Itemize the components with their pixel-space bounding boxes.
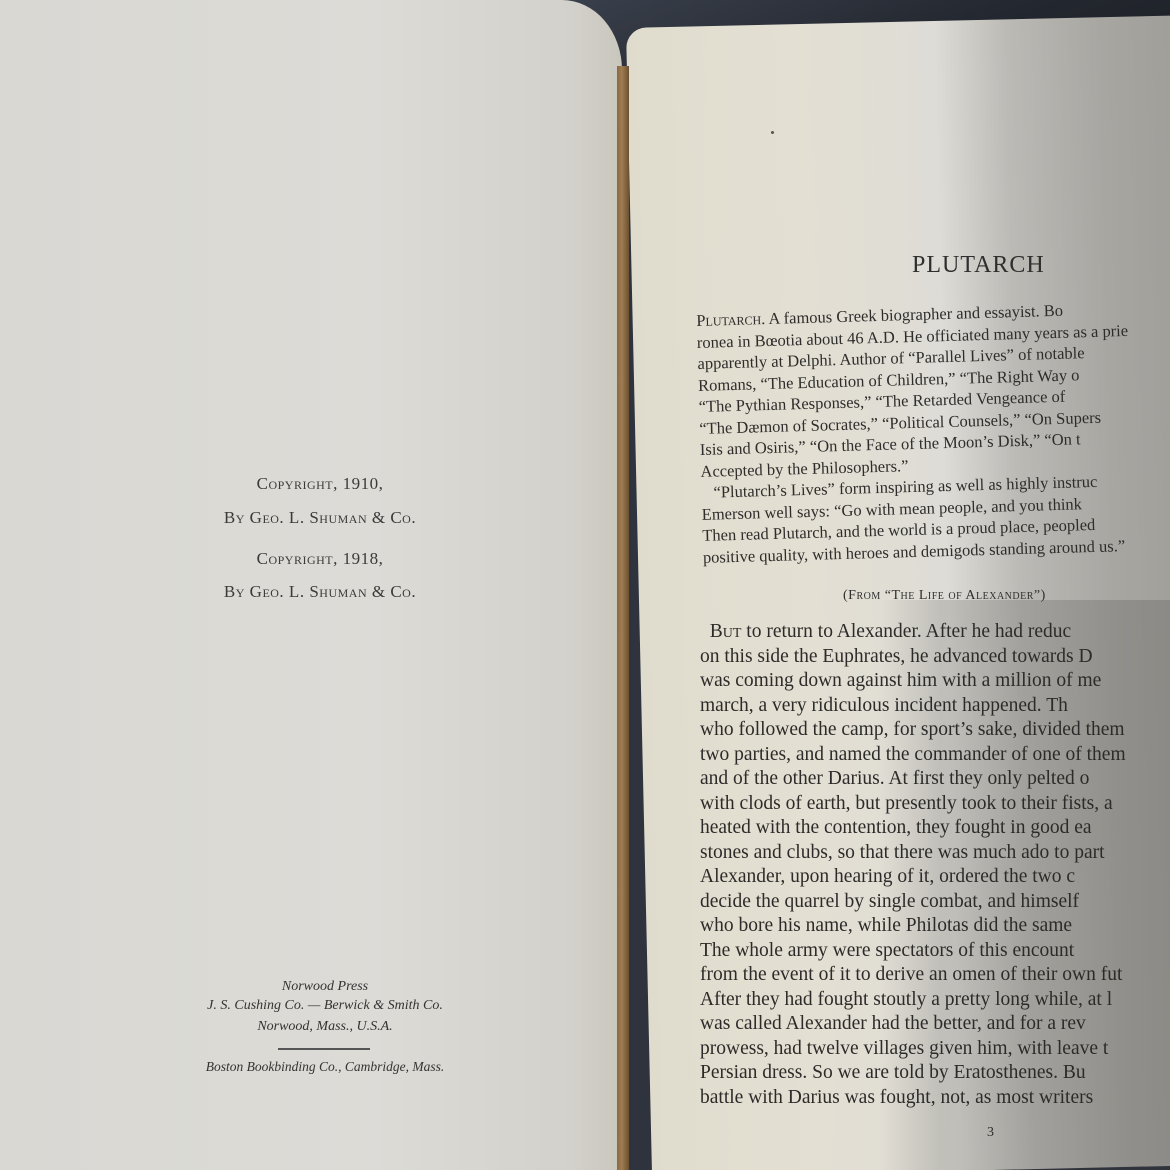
body-line: on this side the Euphrates, he advanced … — [700, 645, 1170, 670]
open-book-photo: Copyright, 1910, By Geo. L. Shuman & Co.… — [0, 0, 1170, 1170]
body-text: to return to Alexander. After he had red… — [741, 621, 1071, 642]
imprint-divider — [278, 1048, 370, 1050]
imprint-line: J. S. Cushing Co. — Berwick & Smith Co. — [160, 998, 490, 1014]
body-line: with clods of earth, but presently took … — [700, 792, 1170, 817]
body-line: battle with Darius was fought, not, as m… — [700, 1086, 1170, 1111]
excerpt-body: But to return to Alexander. After he had… — [700, 620, 1170, 1110]
body-line: who followed the camp, for sport’s sake,… — [700, 718, 1170, 743]
body-line: march, a very ridiculous incident happen… — [700, 694, 1170, 719]
body-line: from the event of it to derive an omen o… — [700, 963, 1170, 988]
imprint-line: Norwood, Mass., U.S.A. — [160, 1019, 490, 1035]
copyright-line: Copyright, 1918, — [190, 549, 450, 569]
imprint-line: Norwood Press — [160, 979, 490, 995]
copyright-line: By Geo. L. Shuman & Co. — [190, 508, 450, 528]
body-line: stones and clubs, so that there was much… — [700, 841, 1170, 866]
body-first-word: But — [710, 621, 742, 642]
author-introduction: Plutarch. A famous Greek biographer and … — [696, 296, 1170, 568]
body-line: decide the quarrel by single combat, and… — [700, 890, 1170, 915]
body-line: Persian dress. So we are told by Eratost… — [700, 1061, 1170, 1086]
body-line: was called Alexander had the better, and… — [700, 1012, 1170, 1037]
body-line: After they had fought stoutly a pretty l… — [700, 988, 1170, 1013]
book-gutter — [617, 66, 629, 1170]
page-number: 3 — [987, 1125, 994, 1141]
body-line: But to return to Alexander. After he had… — [700, 620, 1170, 645]
copyright-line: By Geo. L. Shuman & Co. — [190, 582, 450, 602]
body-line: who bore his name, while Philotas did th… — [700, 914, 1170, 939]
body-line: was coming down against him with a milli… — [700, 669, 1170, 694]
body-line: two parties, and named the commander of … — [700, 743, 1170, 768]
body-line: The whole army were spectators of this e… — [700, 939, 1170, 964]
body-line: Alexander, upon hearing of it, ordered t… — [700, 865, 1170, 890]
copyright-line: Copyright, 1910, — [190, 474, 450, 494]
body-line: prowess, had twelve villages given him, … — [700, 1037, 1170, 1062]
body-line: and of the other Darius. At first they o… — [700, 767, 1170, 792]
intro-lead-word: Plutarch. — [696, 309, 766, 330]
chapter-title: PLUTARCH — [912, 252, 1045, 279]
imprint-line: Boston Bookbinding Co., Cambridge, Mass. — [160, 1059, 490, 1075]
body-line: heated with the contention, they fought … — [700, 816, 1170, 841]
paper-speck — [771, 131, 774, 134]
source-heading: (From “The Life of Alexander”) — [843, 588, 1046, 604]
